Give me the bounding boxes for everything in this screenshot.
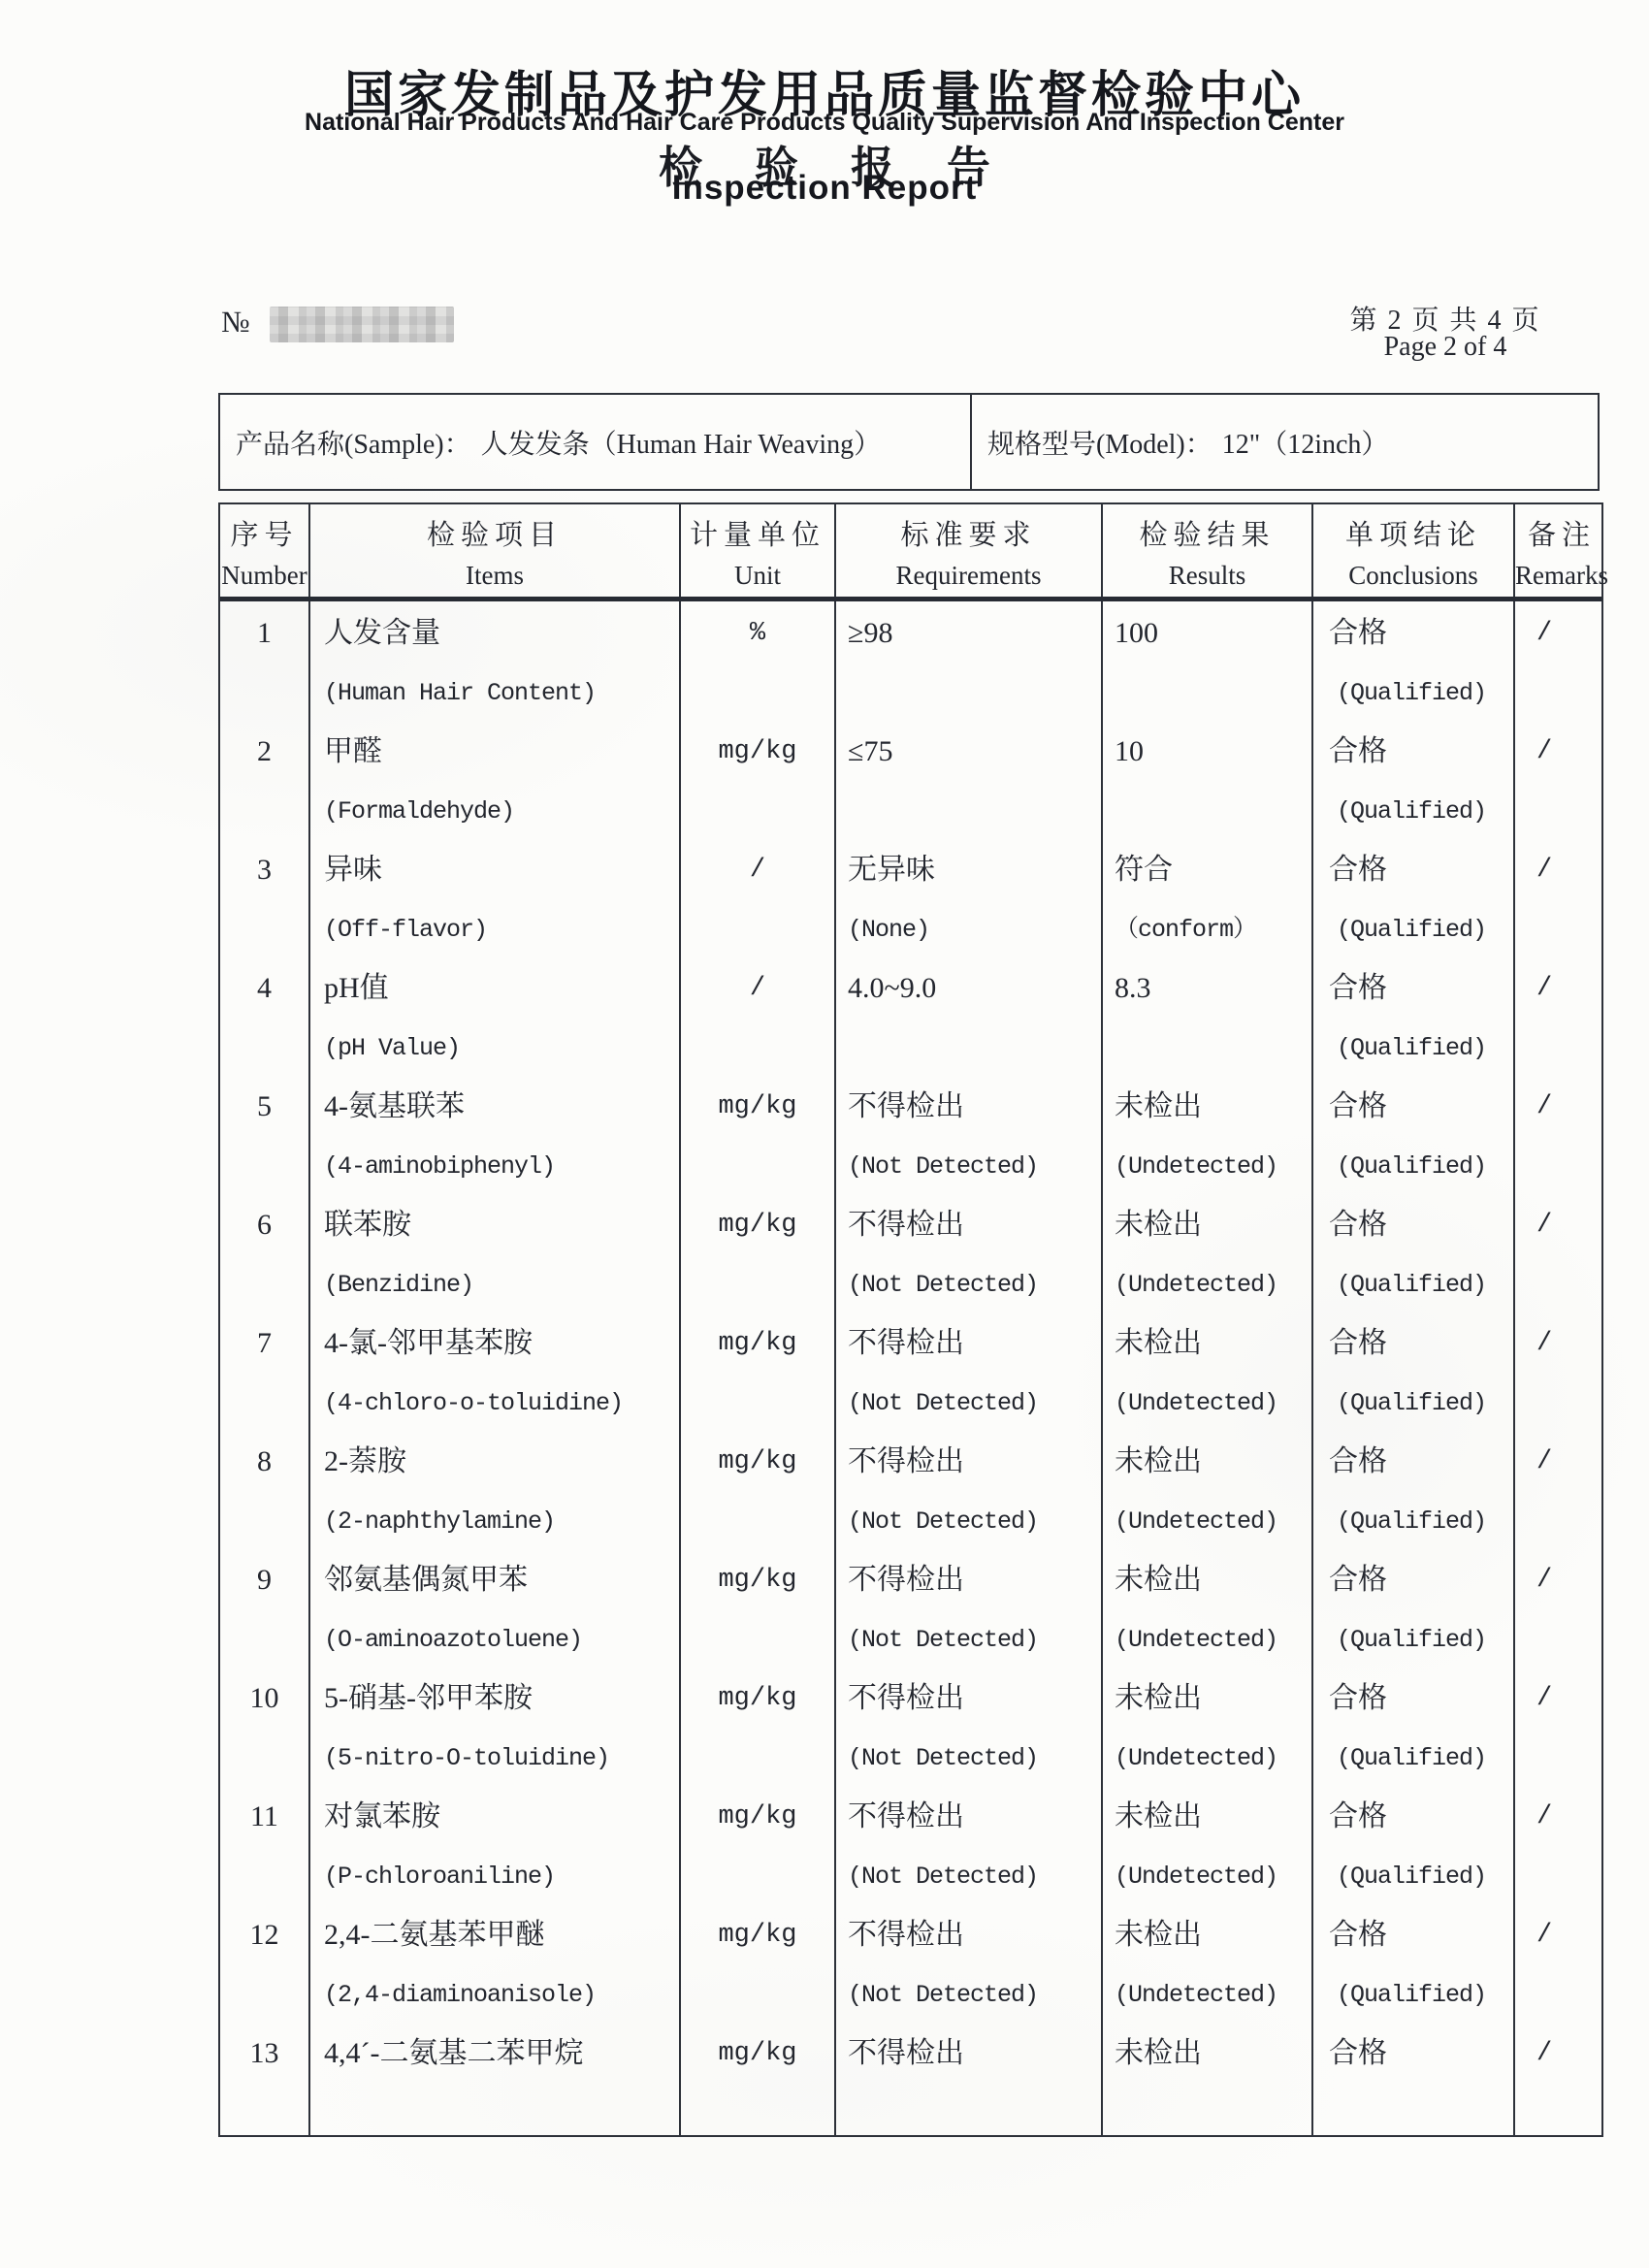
cell-conclusion-chinese: 合格 xyxy=(1329,1324,1513,1369)
cell-result-english xyxy=(1115,1031,1311,1070)
sample-name-cell: 产品名称(Sample)： 人发发条（Human Hair Weaving） xyxy=(220,395,972,489)
cell-remark: / xyxy=(1536,1324,1601,1369)
cell-requirement-chinese: 4.0~9.0 xyxy=(848,969,1101,1014)
table-header-cell: 备注 Remarks xyxy=(1513,504,1608,597)
cell-number: 11 xyxy=(220,1798,308,1842)
cell-requirement-english: (Not Detected) xyxy=(848,1150,1101,1188)
cell-item-english: (P-chloroaniline) xyxy=(324,1860,679,1898)
table-row: 8 2-萘胺 (2-naphthylamine) mg/kg 不得检出 (Not… xyxy=(220,1430,1601,1548)
cell-conclusion-english: (Qualified) xyxy=(1329,1031,1513,1070)
cell-unit: mg/kg xyxy=(681,1916,834,1960)
cell-result-english xyxy=(1115,676,1311,715)
cell-remark: / xyxy=(1536,1442,1601,1487)
cell-unit: / xyxy=(681,851,834,895)
cell-number: 6 xyxy=(220,1206,308,1250)
cell-item-chinese: 对氯苯胺 xyxy=(324,1798,679,1842)
cell-conclusion-chinese: 合格 xyxy=(1329,1206,1513,1250)
cell-item-english: (Off-flavor) xyxy=(324,913,679,952)
header-label-chinese: 计量单位 xyxy=(690,513,825,553)
cell-item-english: (pH Value) xyxy=(324,1031,679,1070)
cell-unit: mg/kg xyxy=(681,1561,834,1605)
cell-conclusion-english: (Qualified) xyxy=(1329,1860,1513,1898)
cell-result-chinese: 符合 xyxy=(1115,851,1311,895)
cell-requirement-english: (Not Detected) xyxy=(848,1741,1101,1780)
table-row: 1 人发含量 (Human Hair Content) % ≥98 100 合格… xyxy=(220,601,1601,720)
cell-requirement-chinese: ≥98 xyxy=(848,614,1101,659)
header-label-english: Results xyxy=(1169,561,1246,591)
cell-item-chinese: 人发含量 xyxy=(324,614,679,659)
cell-requirement-english xyxy=(848,1031,1101,1070)
cell-conclusion-chinese: 合格 xyxy=(1329,969,1513,1014)
cell-item-english: (4-aminobiphenyl) xyxy=(324,1150,679,1188)
table-row: 5 4-氨基联苯 (4-aminobiphenyl) mg/kg 不得检出 (N… xyxy=(220,1075,1601,1193)
cell-conclusion-english: (Qualified) xyxy=(1329,794,1513,833)
table-row: 10 5-硝基-邻甲苯胺 (5-nitro-O-toluidine) mg/kg… xyxy=(220,1667,1601,1785)
cell-remark: / xyxy=(1536,1561,1601,1605)
cell-result-chinese: 8.3 xyxy=(1115,969,1311,1014)
cell-remark: / xyxy=(1536,732,1601,777)
cell-conclusion-chinese: 合格 xyxy=(1329,851,1513,895)
cell-conclusion-english: (Qualified) xyxy=(1329,913,1513,952)
header-label-chinese: 检验结果 xyxy=(1139,513,1275,553)
cell-requirement-chinese: 不得检出 xyxy=(848,1206,1101,1250)
table-row: 6 联苯胺 (Benzidine) mg/kg 不得检出 (Not Detect… xyxy=(220,1193,1601,1312)
table-header-cell: 计量单位 Unit xyxy=(679,504,834,597)
cell-remark: / xyxy=(1536,969,1601,1014)
cell-conclusion-english: (Qualified) xyxy=(1329,1741,1513,1780)
cell-item-english: (Benzidine) xyxy=(324,1268,679,1307)
cell-result-chinese: 100 xyxy=(1115,614,1311,659)
cell-remark: / xyxy=(1536,1087,1601,1132)
sample-model-value: 12"（12inch） xyxy=(1222,423,1389,462)
cell-result-english: (Undetected) xyxy=(1115,1505,1311,1543)
cell-conclusion-chinese: 合格 xyxy=(1329,1087,1513,1132)
table-header-cell: 检验项目 Items xyxy=(308,504,679,597)
cell-conclusion-english: (Qualified) xyxy=(1329,1978,1513,2017)
sample-model-label: 规格型号(Model)： xyxy=(987,423,1212,462)
cell-conclusion-english: (Qualified) xyxy=(1329,1386,1513,1425)
cell-result-chinese: 未检出 xyxy=(1115,1324,1311,1369)
cell-item-english: (O-aminoazotoluene) xyxy=(324,1623,679,1662)
cell-conclusion-chinese: 合格 xyxy=(1329,1561,1513,1605)
cell-unit: mg/kg xyxy=(681,1798,834,1842)
cell-conclusion-chinese: 合格 xyxy=(1329,1442,1513,1487)
header-label-english: Number xyxy=(221,561,307,591)
cell-requirement-chinese: 不得检出 xyxy=(848,1087,1101,1132)
table-row: 13 4,4´-二氨基二苯甲烷 mg/kg 不得检出 未检出 合格 / xyxy=(220,2022,1601,2135)
table-header-cell: 标准要求 Requirements xyxy=(834,504,1101,597)
cell-item-chinese: 5-硝基-邻甲苯胺 xyxy=(324,1679,679,1724)
cell-conclusion-chinese: 合格 xyxy=(1329,2034,1513,2079)
cell-result-english: （conform） xyxy=(1115,913,1311,952)
header-label-chinese: 备注 xyxy=(1528,513,1596,553)
cell-item-chinese: 2-萘胺 xyxy=(324,1442,679,1487)
cell-requirement-english: (Not Detected) xyxy=(848,1860,1101,1898)
cell-item-chinese: pH值 xyxy=(324,969,679,1014)
cell-conclusion-english: (Qualified) xyxy=(1329,1623,1513,1662)
cell-result-chinese: 未检出 xyxy=(1115,1087,1311,1132)
cell-remark: / xyxy=(1536,1679,1601,1724)
cell-remark: / xyxy=(1536,1916,1601,1960)
cell-result-chinese: 未检出 xyxy=(1115,1798,1311,1842)
header-label-english: Requirements xyxy=(896,561,1042,591)
cell-conclusion-chinese: 合格 xyxy=(1329,732,1513,777)
cell-number: 12 xyxy=(220,1916,308,1960)
table-header-cell: 单项结论 Conclusions xyxy=(1311,504,1513,597)
cell-result-english: (Undetected) xyxy=(1115,1623,1311,1662)
cell-item-english: (Formaldehyde) xyxy=(324,794,679,833)
header-label-english: Remarks xyxy=(1515,561,1608,591)
cell-conclusion-english: (Qualified) xyxy=(1329,1268,1513,1307)
table-row: 11 对氯苯胺 (P-chloroaniline) mg/kg 不得检出 (No… xyxy=(220,1785,1601,1903)
cell-item-chinese: 4-氨基联苯 xyxy=(324,1087,679,1132)
cell-conclusion-english: (Qualified) xyxy=(1329,1150,1513,1188)
cell-item-chinese: 4,4´-二氨基二苯甲烷 xyxy=(324,2034,679,2079)
table-row: 9 邻氨基偶氮甲苯 (O-aminoazotoluene) mg/kg 不得检出… xyxy=(220,1548,1601,1667)
cell-requirement-chinese: 无异味 xyxy=(848,851,1101,895)
cell-number: 4 xyxy=(220,969,308,1014)
cell-unit: mg/kg xyxy=(681,1206,834,1250)
cell-number: 10 xyxy=(220,1679,308,1724)
cell-remark: / xyxy=(1536,614,1601,659)
cell-requirement-english: (Not Detected) xyxy=(848,1623,1101,1662)
cell-requirement-chinese: 不得检出 xyxy=(848,1324,1101,1369)
cell-result-english: (Undetected) xyxy=(1115,1741,1311,1780)
table-row: 12 2,4-二氨基苯甲醚 (2,4-diaminoanisole) mg/kg… xyxy=(220,1903,1601,2022)
cell-conclusion-chinese: 合格 xyxy=(1329,614,1513,659)
sample-name-label: 产品名称(Sample)： xyxy=(236,423,471,462)
cell-result-english: (Undetected) xyxy=(1115,1978,1311,2017)
cell-conclusion-chinese: 合格 xyxy=(1329,1916,1513,1960)
cell-conclusion-chinese: 合格 xyxy=(1329,1679,1513,1724)
cell-result-chinese: 10 xyxy=(1115,732,1311,777)
cell-unit: mg/kg xyxy=(681,1442,834,1487)
sample-info-box: 产品名称(Sample)： 人发发条（Human Hair Weaving） 规… xyxy=(218,393,1600,491)
header-label-english: Unit xyxy=(734,561,781,591)
page-indicator-english: Page 2 of 4 xyxy=(1290,332,1600,363)
cell-result-english xyxy=(1115,2096,1311,2135)
cell-number: 8 xyxy=(220,1442,308,1487)
cell-requirement-english xyxy=(848,2096,1101,2135)
header-label-english: Items xyxy=(466,561,524,591)
table-header-row: 序号 Number 检验项目 Items 计量单位 Unit 标准要求 Requ… xyxy=(220,504,1601,601)
cell-result-chinese: 未检出 xyxy=(1115,1561,1311,1605)
cell-requirement-chinese: 不得检出 xyxy=(848,1561,1101,1605)
cell-requirement-english: (Not Detected) xyxy=(848,1386,1101,1425)
sample-model-cell: 规格型号(Model)： 12"（12inch） xyxy=(972,395,1598,489)
cell-result-english xyxy=(1115,794,1311,833)
cell-item-chinese: 甲醛 xyxy=(324,732,679,777)
cell-conclusion-english: (Qualified) xyxy=(1329,1505,1513,1543)
table-header-cell: 序号 Number xyxy=(220,504,308,597)
report-no-label: № xyxy=(221,305,250,340)
cell-item-english: (2,4-diaminoanisole) xyxy=(324,1978,679,2017)
cell-unit: mg/kg xyxy=(681,1679,834,1724)
cell-unit: / xyxy=(681,969,834,1014)
header-label-chinese: 序号 xyxy=(230,513,298,553)
cell-remark: / xyxy=(1536,1798,1601,1842)
cell-item-chinese: 邻氨基偶氮甲苯 xyxy=(324,1561,679,1605)
cell-remark: / xyxy=(1536,1206,1601,1250)
cell-result-english: (Undetected) xyxy=(1115,1268,1311,1307)
cell-item-english: (2-naphthylamine) xyxy=(324,1505,679,1543)
cell-number: 3 xyxy=(220,851,308,895)
cell-number: 13 xyxy=(220,2034,308,2079)
cell-item-chinese: 异味 xyxy=(324,851,679,895)
cell-number: 5 xyxy=(220,1087,308,1132)
cell-requirement-english: (None) xyxy=(848,913,1101,952)
cell-number: 9 xyxy=(220,1561,308,1605)
cell-number: 2 xyxy=(220,732,308,777)
cell-item-chinese: 2,4-二氨基苯甲醚 xyxy=(324,1916,679,1960)
cell-item-english: (Human Hair Content) xyxy=(324,676,679,715)
cell-requirement-chinese: ≤75 xyxy=(848,732,1101,777)
cell-number: 7 xyxy=(220,1324,308,1369)
table-header-cell: 检验结果 Results xyxy=(1101,504,1311,597)
cell-conclusion-english: (Qualified) xyxy=(1329,676,1513,715)
cell-item-english xyxy=(324,2096,679,2135)
header-label-chinese: 单项结论 xyxy=(1345,513,1481,553)
cell-result-chinese: 未检出 xyxy=(1115,1916,1311,1960)
cell-requirement-chinese: 不得检出 xyxy=(848,1798,1101,1842)
table-row: 3 异味 (Off-flavor) / 无异味 (None) 符合 （confo… xyxy=(220,838,1601,956)
cell-requirement-chinese: 不得检出 xyxy=(848,1916,1101,1960)
cell-requirement-english: (Not Detected) xyxy=(848,1268,1101,1307)
cell-result-english: (Undetected) xyxy=(1115,1860,1311,1898)
cell-unit: mg/kg xyxy=(681,1324,834,1369)
cell-result-english: (Undetected) xyxy=(1115,1386,1311,1425)
table-row: 2 甲醛 (Formaldehyde) mg/kg ≤75 10 合格 (Qua… xyxy=(220,720,1601,838)
header-label-chinese: 检验项目 xyxy=(427,513,563,553)
cell-item-english: (4-chloro-o-toluidine) xyxy=(324,1386,679,1425)
cell-result-english: (Undetected) xyxy=(1115,1150,1311,1188)
cell-item-chinese: 4-氯-邻甲基苯胺 xyxy=(324,1324,679,1369)
cell-result-chinese: 未检出 xyxy=(1115,2034,1311,2079)
cell-remark: / xyxy=(1536,2034,1601,2079)
cell-conclusion-english xyxy=(1329,2096,1513,2135)
cell-unit: mg/kg xyxy=(681,2034,834,2079)
report-no-redacted-value xyxy=(270,307,454,342)
cell-unit: mg/kg xyxy=(681,732,834,777)
cell-requirement-chinese: 不得检出 xyxy=(848,1442,1101,1487)
cell-remark: / xyxy=(1536,851,1601,895)
cell-conclusion-chinese: 合格 xyxy=(1329,1798,1513,1842)
cell-requirement-english xyxy=(848,676,1101,715)
cell-item-english: (5-nitro-O-toluidine) xyxy=(324,1741,679,1780)
cell-unit: % xyxy=(681,614,834,659)
cell-item-chinese: 联苯胺 xyxy=(324,1206,679,1250)
table-row: 7 4-氯-邻甲基苯胺 (4-chloro-o-toluidine) mg/kg… xyxy=(220,1312,1601,1430)
cell-result-chinese: 未检出 xyxy=(1115,1679,1311,1724)
cell-unit: mg/kg xyxy=(681,1087,834,1132)
table-row: 4 pH值 (pH Value) / 4.0~9.0 8.3 合格 (Quali… xyxy=(220,956,1601,1075)
cell-requirement-english: (Not Detected) xyxy=(848,1978,1101,2017)
results-table: 序号 Number 检验项目 Items 计量单位 Unit 标准要求 Requ… xyxy=(218,502,1603,2137)
sample-name-value: 人发发条（Human Hair Weaving） xyxy=(481,423,882,462)
inspection-report-page: 国家发制品及护发用品质量监督检验中心 National Hair Product… xyxy=(0,0,1649,2268)
cell-number: 1 xyxy=(220,614,308,659)
table-body: 1 人发含量 (Human Hair Content) % ≥98 100 合格… xyxy=(220,601,1601,2135)
cell-requirement-chinese: 不得检出 xyxy=(848,1679,1101,1724)
header-label-english: Conclusions xyxy=(1348,561,1478,591)
header-label-chinese: 标准要求 xyxy=(900,513,1036,553)
cell-requirement-chinese: 不得检出 xyxy=(848,2034,1101,2079)
cell-result-chinese: 未检出 xyxy=(1115,1206,1311,1250)
cell-result-chinese: 未检出 xyxy=(1115,1442,1311,1487)
cell-requirement-english xyxy=(848,794,1101,833)
cell-requirement-english: (Not Detected) xyxy=(848,1505,1101,1543)
report-title-english: Inspection Report xyxy=(0,169,1649,208)
